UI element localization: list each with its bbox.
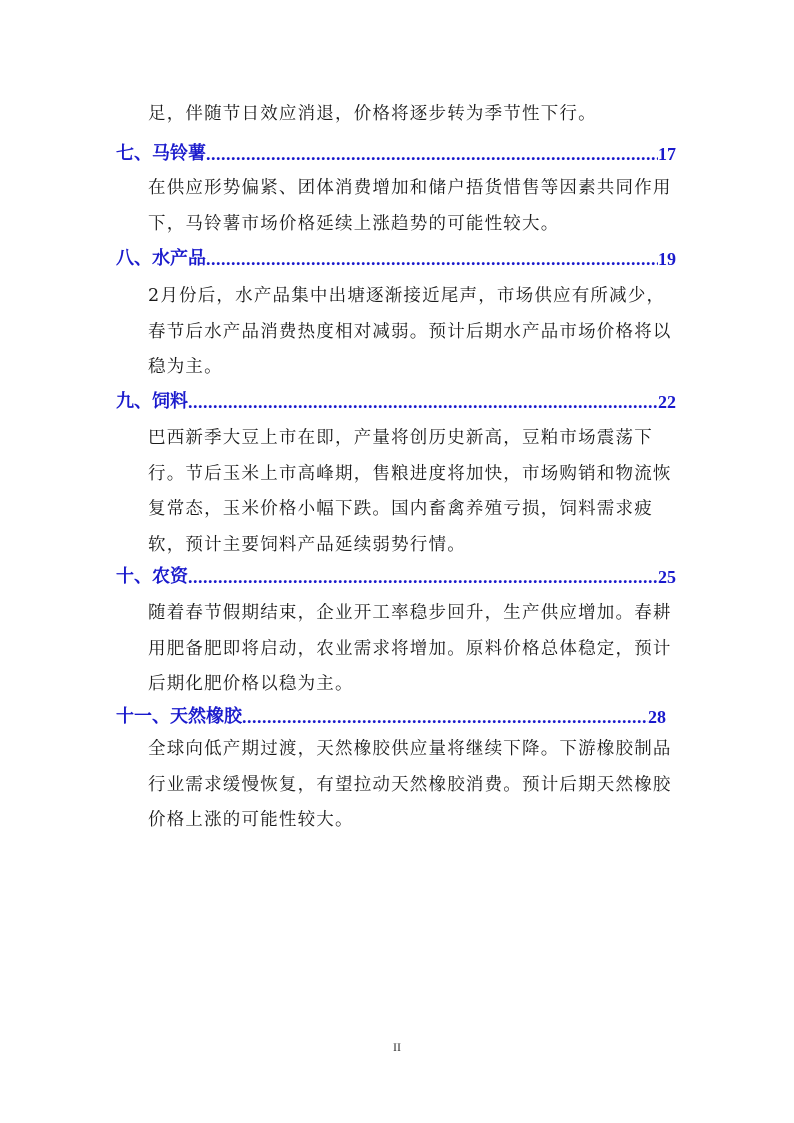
toc-summary-potato: 在供应形势偏紧、团体消费增加和储户捂货惜售等因素共同作用下，马铃薯市场价格延续上…	[148, 171, 676, 242]
toc-leader-dots	[242, 703, 648, 731]
toc-page-number: 19	[658, 245, 676, 273]
toc-leader-dots	[206, 140, 658, 168]
document-page: 足，伴随节日效应消退，价格将逐步转为季节性下行。 七、马铃薯 17 在供应形势偏…	[0, 0, 794, 1123]
toc-entry-agri-supplies[interactable]: 十、农资 25	[116, 563, 676, 591]
toc-title: 八、水产品	[116, 245, 206, 273]
continued-paragraph: 足，伴随节日效应消退，价格将逐步转为季节性下行。	[148, 97, 676, 133]
toc-page-number: 22	[658, 388, 676, 416]
toc-leader-dots	[206, 245, 658, 273]
toc-summary-aquatic: 2月份后，水产品集中出塘逐渐接近尾声，市场供应有所减少，春节后水产品消费热度相对…	[148, 279, 676, 386]
toc-page-number: 17	[658, 140, 676, 168]
toc-page-number: 28	[648, 703, 666, 731]
toc-entry-aquatic[interactable]: 八、水产品 19	[116, 245, 676, 273]
toc-title: 十、农资	[116, 563, 188, 591]
toc-leader-dots	[188, 388, 658, 416]
page-number: II	[0, 1040, 794, 1055]
toc-summary-feed: 巴西新季大豆上市在即，产量将创历史新高，豆粕市场震荡下行。节后玉米上市高峰期，售…	[148, 421, 676, 563]
toc-title: 七、马铃薯	[116, 140, 206, 168]
toc-title: 九、饲料	[116, 388, 188, 416]
toc-entry-potato[interactable]: 七、马铃薯 17	[116, 140, 676, 168]
toc-entry-feed[interactable]: 九、饲料 22	[116, 388, 676, 416]
toc-entry-natural-rubber[interactable]: 十一、天然橡胶 28	[116, 703, 666, 731]
toc-summary-agri-supplies: 随着春节假期结束，企业开工率稳步回升，生产供应增加。春耕用肥备肥即将启动，农业需…	[148, 596, 676, 703]
toc-leader-dots	[188, 563, 658, 591]
toc-title: 十一、天然橡胶	[116, 703, 242, 731]
toc-summary-natural-rubber: 全球向低产期过渡，天然橡胶供应量将继续下降。下游橡胶制品行业需求缓慢恢复，有望拉…	[148, 732, 676, 839]
toc-page-number: 25	[658, 563, 676, 591]
